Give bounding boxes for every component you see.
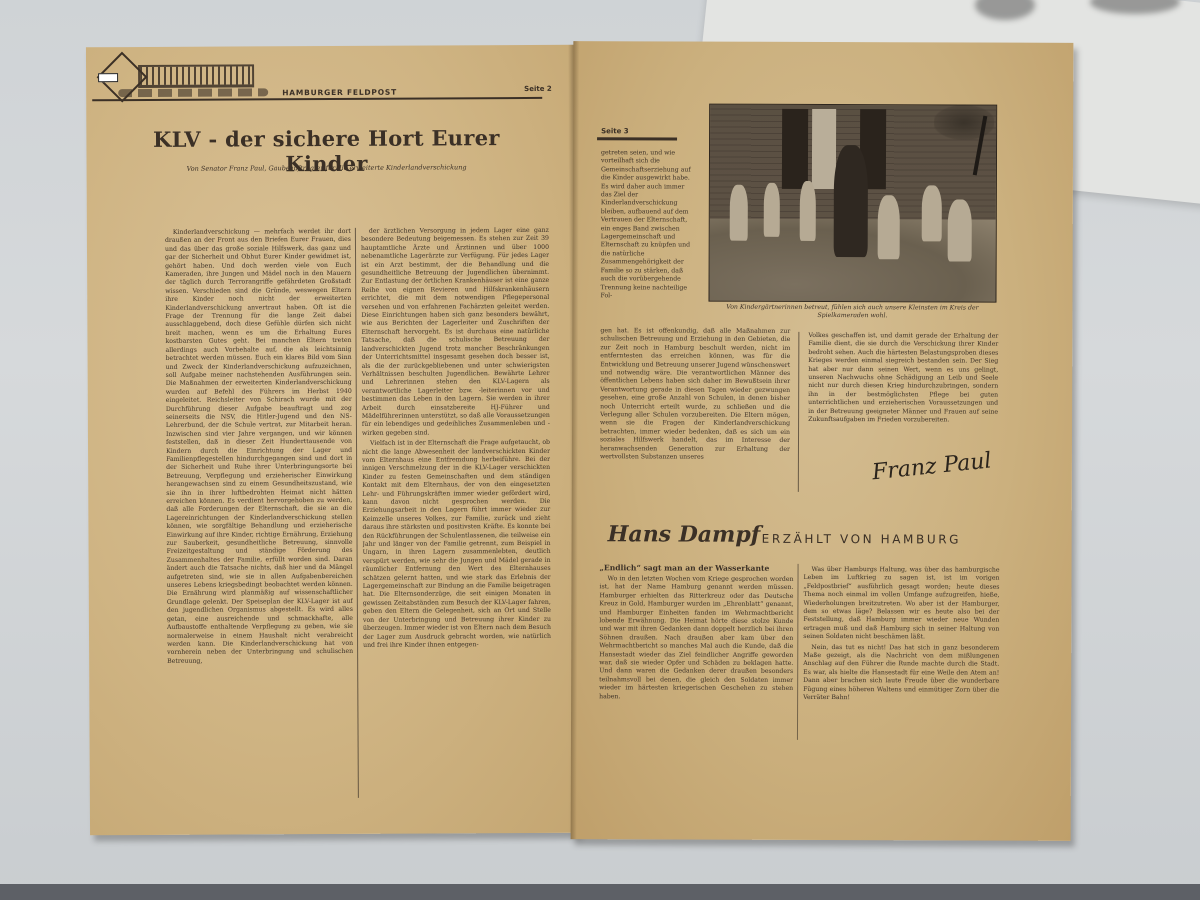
child-figure <box>948 199 972 261</box>
teacher-figure <box>834 145 868 257</box>
paragraph: Kinderlandverschickung — mehrfach werdet… <box>165 228 353 666</box>
header-rule <box>92 97 542 101</box>
photo-caption: Von Kindergärtnerinnen betreut, fühlen s… <box>702 304 1002 321</box>
article-column-3-narrow: getreten seien, und wie vorteilhaft sich… <box>600 149 697 329</box>
page-number: Seite 3 <box>601 127 629 135</box>
paragraph: Vielfach ist in der Elternschaft die Fra… <box>362 439 551 650</box>
article-column-2: der ärztlichen Versorgung in jedem Lager… <box>361 227 552 798</box>
paragraph: gen hat. Es ist offenkundig, daß alle Ma… <box>600 327 790 462</box>
column-rule <box>355 228 359 798</box>
article-column-1: Kinderlandverschickung — mehrfach werdet… <box>165 228 354 813</box>
doorway <box>782 109 808 189</box>
page-number: Seite 2 <box>524 85 552 93</box>
feature-column-right: Was über Hamburgs Haltung, was über das … <box>803 566 1000 739</box>
paragraph: der ärztlichen Versorgung in jedem Lager… <box>361 227 550 438</box>
waves-illustration <box>118 88 268 97</box>
column-rule <box>797 564 799 740</box>
ship-illustration <box>138 64 254 88</box>
paragraph: Nein, das tut es nicht! Das hat sich in … <box>803 644 999 704</box>
child-figure <box>730 185 748 241</box>
newspaper-page-right: Seite 3 Von Kindergärtnerinnen betreut, … <box>571 41 1074 841</box>
table-edge <box>0 884 1200 900</box>
door-window <box>812 109 836 189</box>
paragraph: Volkes geschaffen ist, und damit gerade … <box>808 332 998 425</box>
masthead: HAMBURGER FELDPOST <box>282 88 397 98</box>
paragraph: Wo in den letzten Wochen vom Kriege gesp… <box>599 575 793 702</box>
child-figure <box>764 183 780 237</box>
children-photo <box>708 104 997 303</box>
column-rule <box>798 332 800 492</box>
child-figure <box>922 185 942 241</box>
newspaper-page-left: HAMBURGER FELDPOST Seite 2 KLV - der sic… <box>86 45 578 836</box>
article-column-3: gen hat. Es ist offenkundig, daß alle Ma… <box>600 327 791 494</box>
paragraph: getreten seien, und wie vorteilhaft sich… <box>600 149 697 301</box>
child-figure <box>800 181 816 241</box>
paragraph: Was über Hamburgs Haltung, was über das … <box>803 566 999 642</box>
feature-title: Hans Dampf <box>608 521 761 548</box>
child-figure <box>878 195 900 259</box>
feature-subtitle: ERZÄHLT VON HAMBURG <box>762 532 961 547</box>
feature-headline: „Endlich“ sagt man an der Wasserkante <box>600 563 770 573</box>
feature-column-left: Wo in den letzten Wochen vom Kriege gesp… <box>599 575 794 736</box>
redaction-bar <box>98 73 118 82</box>
header-rule <box>597 137 677 140</box>
article-column-4: Volkes geschaffen ist, und damit gerade … <box>808 332 998 459</box>
